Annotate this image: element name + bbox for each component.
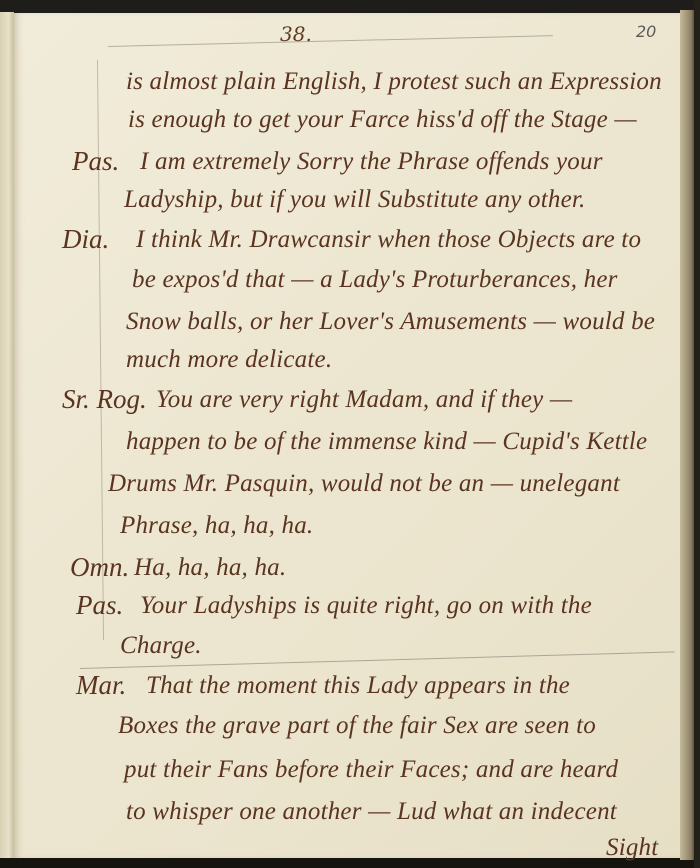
speaker-label: Sr. Rog. [62,384,147,415]
text-line: Charge. [120,632,202,660]
text-line: Phrase, ha, ha, ha. [120,512,313,540]
speaker-label: Pas. [76,590,123,621]
text-line: is enough to get your Farce hiss'd off t… [128,106,637,134]
text-line: Drums Mr. Pasquin, would not be an — une… [108,470,620,498]
text-line: That the moment this Lady appears in the [146,672,570,700]
text-line: Ha, ha, ha, ha. [134,554,286,582]
text-line: is almost plain English, I protest such … [126,68,662,96]
text-line: I am extremely Sorry the Phrase offends … [140,148,603,176]
scan-backdrop-right [694,0,700,868]
text-line: much more delicate. [126,346,332,374]
text-line: happen to be of the immense kind — Cupid… [126,428,647,456]
text-line: be expos'd that — a Lady's Proturberance… [132,266,618,294]
speaker-label: Omn. [70,552,129,583]
folio-number: 20 [636,22,656,41]
text-line: to whisper one another — Lud what an ind… [126,798,617,826]
text-line: Boxes the grave part of the fair Sex are… [118,712,596,740]
text-line: put their Fans before their Faces; and a… [124,756,618,784]
text-line: Ladyship, but if you will Substitute any… [124,186,585,214]
speaker-label: Pas. [72,146,119,177]
text-line: I think Mr. Drawcansir when those Object… [136,226,641,254]
facing-page-edge [0,12,14,858]
text-line: Snow balls, or her Lover's Amusements — … [126,308,655,336]
text-line: Your Ladyships is quite right, go on wit… [140,592,592,620]
page-number: 38. [280,22,312,46]
catchword: Sight [606,834,658,862]
speaker-label: Dia. [62,224,109,255]
page-stack-edge [680,10,694,860]
speaker-label: Mar. [76,670,126,701]
text-line: You are very right Madam, and if they — [156,386,572,414]
